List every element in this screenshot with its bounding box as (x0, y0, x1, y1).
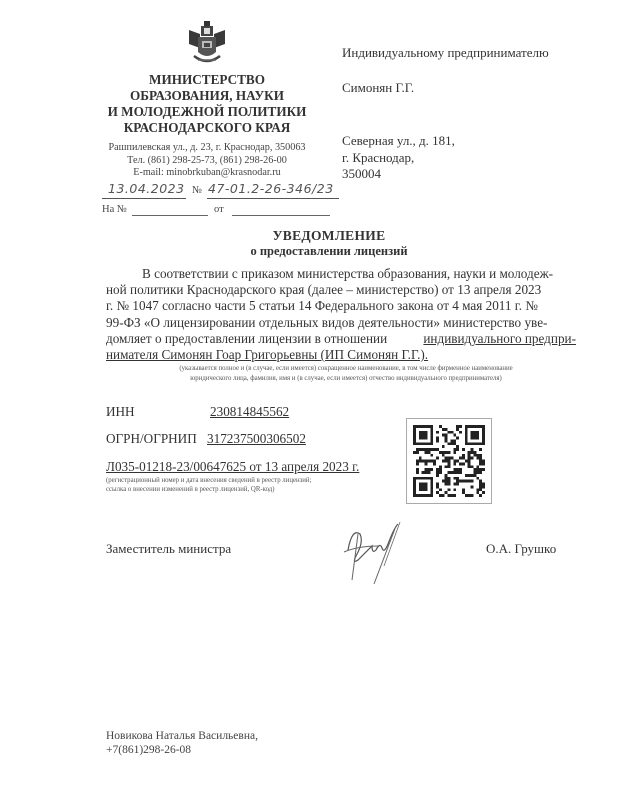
body-line: 99-ФЗ «О лицензировании отдельных видов … (106, 315, 576, 331)
body-line: ной политики Краснодарского края (далее … (106, 282, 576, 298)
body-line: домляет о предоставлении лицензии в отно… (106, 331, 576, 347)
handwritten-signature-icon (338, 520, 418, 590)
ministry-contacts: Рашпилевская ул., д. 23, г. Краснодар, 3… (70, 142, 344, 180)
outgoing-date: 13.04.2023 (108, 181, 185, 196)
ministry-line: И МОЛОДЕЖНОЙ ПОЛИТИКИ (70, 104, 344, 120)
outgoing-number: 47-01.2-26-346/23 (208, 181, 334, 196)
ministry-line: ОБРАЗОВАНИЯ, НАУКИ (70, 88, 344, 104)
body-line: нимателя Симонян Гоар Григорьевны (ИП Си… (106, 347, 576, 363)
address-line: Северная ул., д. 181, (342, 133, 455, 150)
reference-date-blank (232, 215, 330, 216)
licensee-name: нимателя Симонян Гоар Григорьевны (ИП Си… (106, 347, 428, 363)
signatory-name: О.А. Грушко (486, 541, 556, 557)
coat-of-arms-icon (186, 20, 228, 68)
document-title: УВЕДОМЛЕНИЕ (0, 228, 620, 244)
address-line: г. Краснодар, (342, 150, 455, 167)
license-registration: Л035-01218-23/00647625 от 13 апреля 2023… (106, 459, 359, 475)
ministry-email: E-mail: minobrkuban@krasnodar.ru (70, 167, 344, 180)
document-subtitle: о предоставлении лицензий (0, 244, 620, 259)
ministry-address: Рашпилевская ул., д. 23, г. Краснодар, 3… (70, 142, 344, 155)
number-sign: № (192, 185, 202, 196)
footnote-line: ссылка о внесении изменений в реестр лиц… (106, 485, 311, 494)
licensee-name-footnote: (указывается полное и (в случае, если им… (106, 364, 586, 383)
reference-number-blank (132, 215, 208, 216)
reference-line: На № от (102, 204, 342, 220)
notification-body: В соответствии с приказом министерства о… (106, 266, 576, 363)
footnote-line: (регистрационный номер и дата внесения с… (106, 476, 311, 485)
ministry-phone: Тел. (861) 298-25-73, (861) 298-26-00 (70, 155, 344, 168)
body-line-text: домляет о предоставлении лицензии в отно… (106, 331, 387, 347)
addressee-name: Симонян Г.Г. (342, 80, 414, 96)
ministry-line: МИНИСТЕРСТВО (70, 72, 344, 88)
reference-from-label: от (214, 204, 224, 215)
outgoing-registration: 13.04.2023 № 47-01.2-26-346/23 (102, 181, 342, 201)
inn-label: ИНН (106, 404, 135, 420)
executor-phone: +7(861)298-26-08 (106, 743, 258, 757)
license-footnote: (регистрационный номер и дата внесения с… (106, 476, 311, 494)
executor-info: Новикова Наталья Васильевна, +7(861)298-… (106, 729, 258, 757)
signatory-role: Заместитель министра (106, 541, 231, 557)
address-line: 350004 (342, 166, 455, 183)
addressee-title: Индивидуальному предпринимателю (342, 44, 549, 61)
licensee-type: индивидуального предпри- (423, 331, 576, 347)
inn-value: 230814845562 (210, 404, 289, 420)
footnote-line: юридического лица, фамилия, имя и (в слу… (106, 374, 586, 384)
footnote-line: (указывается полное и (в случае, если им… (106, 364, 586, 374)
ministry-line: КРАСНОДАРСКОГО КРАЯ (70, 120, 344, 136)
executor-name: Новикова Наталья Васильевна, (106, 729, 258, 743)
reference-label: На № (102, 204, 127, 215)
qr-code-icon[interactable] (406, 418, 492, 504)
date-underline (102, 198, 186, 199)
ogrn-label: ОГРН/ОГРНИП (106, 431, 197, 447)
addressee-address: Северная ул., д. 181, г. Краснодар, 3500… (342, 133, 455, 183)
body-line: г. № 1047 согласно части 5 статьи 14 Фед… (106, 298, 576, 314)
body-line: В соответствии с приказом министерства о… (106, 266, 576, 282)
ministry-name: МИНИСТЕРСТВО ОБРАЗОВАНИЯ, НАУКИ И МОЛОДЕ… (70, 72, 344, 136)
ogrn-value: 317237500306502 (207, 431, 306, 447)
number-underline (207, 198, 339, 199)
